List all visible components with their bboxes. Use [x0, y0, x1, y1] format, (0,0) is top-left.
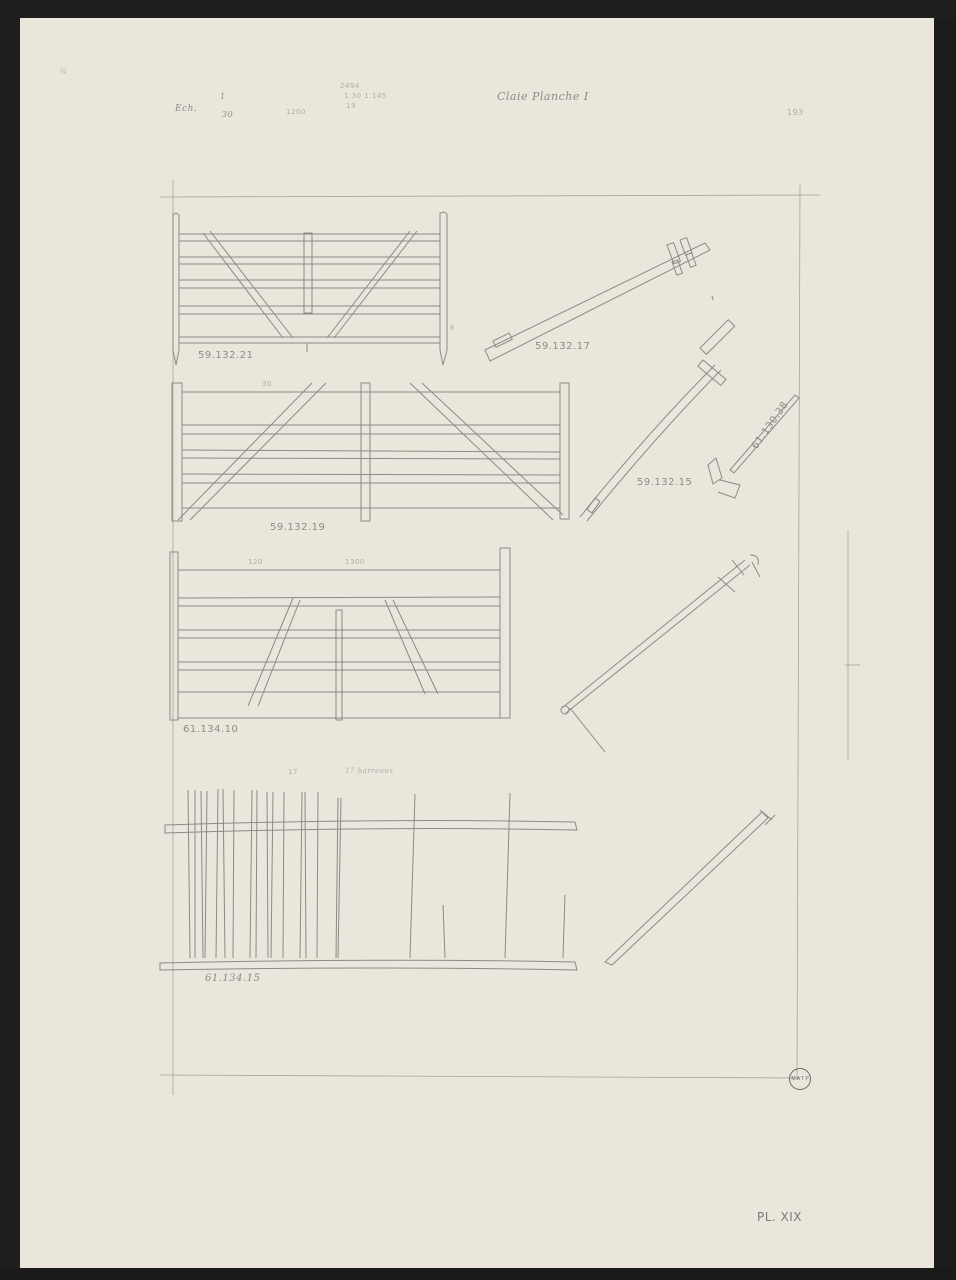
- plate-label: PL. XIX: [757, 1210, 802, 1224]
- note-fence-4: 17 barreaux: [345, 767, 394, 775]
- page-reference: 193: [787, 108, 804, 117]
- hinge-post-2-drawing: [580, 320, 740, 521]
- dim-mark-gate-3: 1300: [345, 558, 365, 566]
- pencil-drawing: [0, 0, 956, 1280]
- catalog-label-hinge-post-2: 59.132.15: [637, 477, 692, 488]
- hinge-post-1-drawing: [485, 238, 713, 361]
- catalog-label-gate-2: 59.132.19: [270, 522, 325, 533]
- dimension-note: 19: [346, 102, 356, 110]
- gate-2-drawing: [172, 383, 569, 521]
- collection-stamp: M A T P: [789, 1068, 811, 1090]
- fence-4-drawing: [160, 789, 577, 970]
- dim-mark-gate-3: 120: [248, 558, 263, 566]
- dimension-note: 2494: [340, 82, 360, 90]
- dimension-note: 1200: [286, 108, 306, 116]
- gate-1-drawing: [173, 212, 447, 365]
- hinge-post-3-drawing: [561, 555, 760, 752]
- corner-note: ¾: [60, 68, 67, 76]
- catalog-label-hinge-post-1: 59.132.17: [535, 341, 590, 352]
- scale-numerator: 1: [220, 92, 226, 101]
- scale-label: Ech.: [175, 104, 197, 114]
- dimension-note: 1.30 1.145: [344, 92, 387, 100]
- scale-denominator: 30: [222, 110, 233, 119]
- stake-4-drawing: [605, 810, 775, 965]
- catalog-label-fence-4: 61.134.15: [205, 973, 260, 984]
- gate-3-drawing: [170, 548, 510, 720]
- side-mark-gate-1: 8: [450, 324, 455, 332]
- catalog-label-gate-1: 59.132.21: [198, 350, 253, 361]
- note-number-fence-4: 17: [288, 768, 298, 776]
- dim-mark-gate-2: 30: [262, 380, 272, 388]
- sheet-title: Claie Planche I: [497, 90, 589, 103]
- catalog-label-gate-3: 61.134.10: [183, 724, 238, 735]
